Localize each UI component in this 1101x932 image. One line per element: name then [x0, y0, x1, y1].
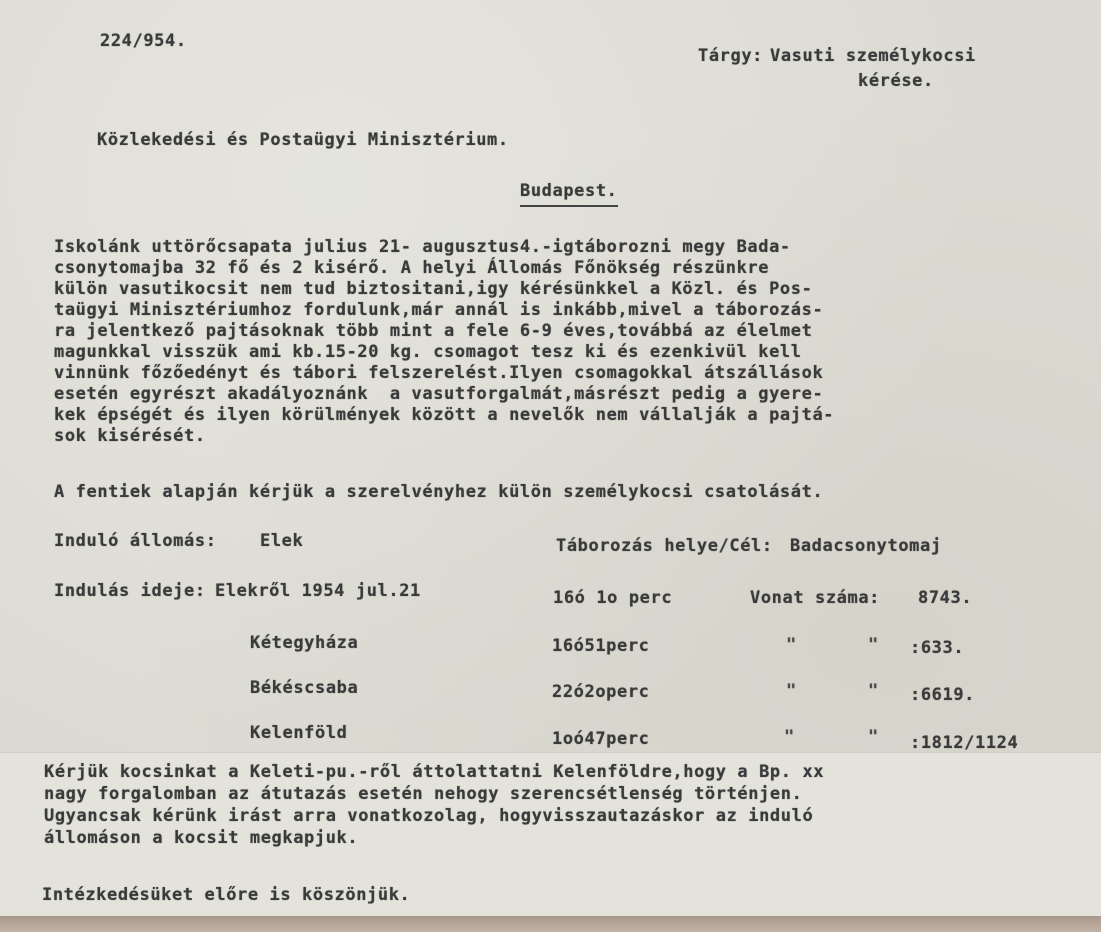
schedule-station: Kelenföld — [250, 722, 348, 745]
closing-line: nagy forgalomban az átutazás esetén neho… — [44, 784, 802, 806]
ditto-mark: " — [868, 680, 879, 703]
subject-line-2: kérése. — [858, 70, 934, 93]
body-line: sok kisérését. — [54, 426, 206, 448]
closing-line: Kérjük kocsinkat a Keleti-pu.-ről áttola… — [44, 762, 824, 784]
schedule-time: 1oó47perc — [552, 728, 650, 751]
ditto-mark: " — [868, 726, 879, 749]
departure-time-label: Indulás ideje: — [54, 580, 206, 603]
reference-number: 224/954. — [100, 30, 187, 53]
body-line: magunkkal visszük ami kb.15-20 kg. csoma… — [54, 342, 802, 364]
table-surface — [0, 916, 1101, 932]
camp-location-label: Táborozás helye/Cél: — [556, 535, 773, 558]
ditto-mark: " — [868, 634, 879, 657]
subject-label: Tárgy: — [698, 45, 763, 68]
addressee: Közlekedési és Postaügyi Minisztérium. — [97, 129, 509, 152]
schedule-time: 16ó 1o perc — [553, 587, 672, 610]
subject-line-1: Vasuti személykocsi — [770, 45, 976, 68]
departure-time: Elekről 1954 jul.21 — [215, 580, 421, 603]
train-number: :1812/1124 — [910, 732, 1018, 755]
train-number-label: Vonat száma: — [750, 587, 880, 610]
departure-station-label: Induló állomás: — [54, 530, 217, 553]
city: Budapest. — [520, 180, 618, 207]
train-number: 8743. — [918, 587, 972, 610]
ditto-mark: " — [784, 726, 795, 749]
closing-line: Ugyancsak kérünk irást arra vonatkozolag… — [44, 806, 813, 828]
train-number: :633. — [910, 637, 964, 660]
schedule-station: Kétegyháza — [250, 632, 358, 655]
schedule-station: Békéscsaba — [250, 677, 358, 700]
body-line: esetén egyrészt akadályoznánk a vasutfor… — [54, 384, 823, 406]
train-number: :6619. — [910, 684, 975, 707]
camp-location: Badacsonytomaj — [790, 535, 942, 558]
closing-line: állomáson a kocsit megkapjuk. — [44, 828, 358, 850]
body-line: külön vasutikocsit nem tud biztositani,i… — [54, 279, 812, 301]
ditto-mark: " — [786, 680, 797, 703]
schedule-time: 16ó51perc — [552, 635, 650, 658]
body-line: Iskolánk uttörőcsapata julius 21- augusz… — [54, 237, 791, 259]
body-line: kek épségét és ilyen körülmények között … — [54, 405, 834, 427]
body-line: csonytomajba 32 fő és 2 kisérő. A helyi … — [54, 258, 769, 280]
departure-station: Elek — [260, 530, 303, 553]
closing-thanks: Intézkedésüket előre is köszönjük. — [42, 884, 410, 907]
ditto-mark: " — [786, 634, 797, 657]
body-line: ra jelentkező pajtásoknak több mint a fe… — [54, 321, 812, 343]
body-line: vinnünk főzőedényt és tábori felszerelés… — [54, 363, 823, 385]
request-line: A fentiek alapján kérjük a szerelvényhez… — [54, 481, 823, 504]
body-line: taügyi Minisztériumhoz fordulunk,már ann… — [54, 300, 823, 322]
schedule-time: 22ó2operc — [552, 681, 650, 704]
